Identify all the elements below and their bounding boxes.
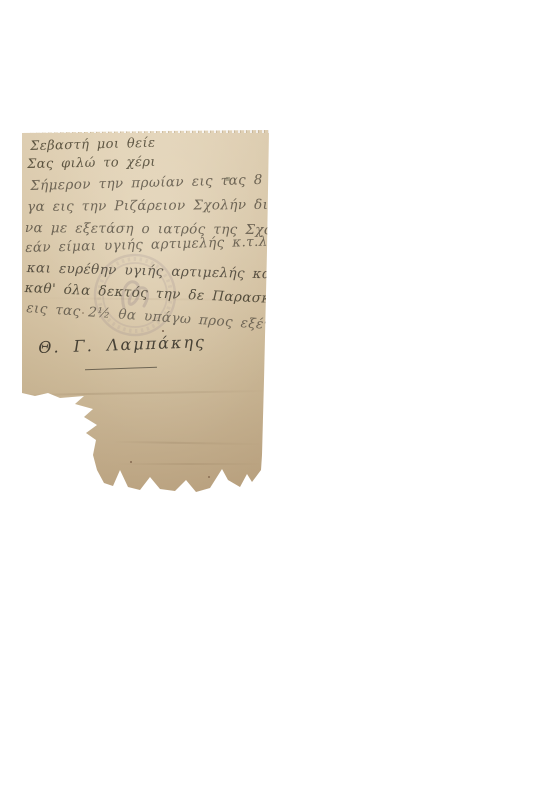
scanned-page: Σεβαστή μοι θείε Σας φιλώ το χέρι Σήμερο… bbox=[0, 0, 549, 800]
perforated-edge bbox=[22, 130, 269, 133]
letter-line: γα εις την Ριζάρειον Σχολήν διά bbox=[27, 197, 278, 215]
paper-specks bbox=[22, 130, 24, 132]
signature: Θ. Γ. Λαμπάκης bbox=[38, 332, 206, 357]
letter-paper: Σεβαστή μοι θείε Σας φιλώ το χέρι Σήμερο… bbox=[22, 130, 269, 496]
crease-line bbox=[34, 402, 99, 432]
letter-line: εάν είμαι υγιής αρτιμελής κ.τ.λ. bbox=[25, 234, 273, 256]
letter-line-salutation: Σεβαστή μοι θείε bbox=[30, 136, 156, 154]
letter-line-greeting: Σας φιλώ το χέρι bbox=[27, 155, 156, 172]
crease-line bbox=[22, 390, 269, 396]
signature-flourish bbox=[85, 367, 157, 371]
crease-line bbox=[112, 441, 262, 446]
letter-line: Σήμερον την πρωίαν εις τας 8 υπή- bbox=[30, 171, 302, 194]
letter-line: και ευρέθην υγιής αρτιμελής και bbox=[27, 260, 278, 283]
crease-line bbox=[117, 463, 262, 465]
